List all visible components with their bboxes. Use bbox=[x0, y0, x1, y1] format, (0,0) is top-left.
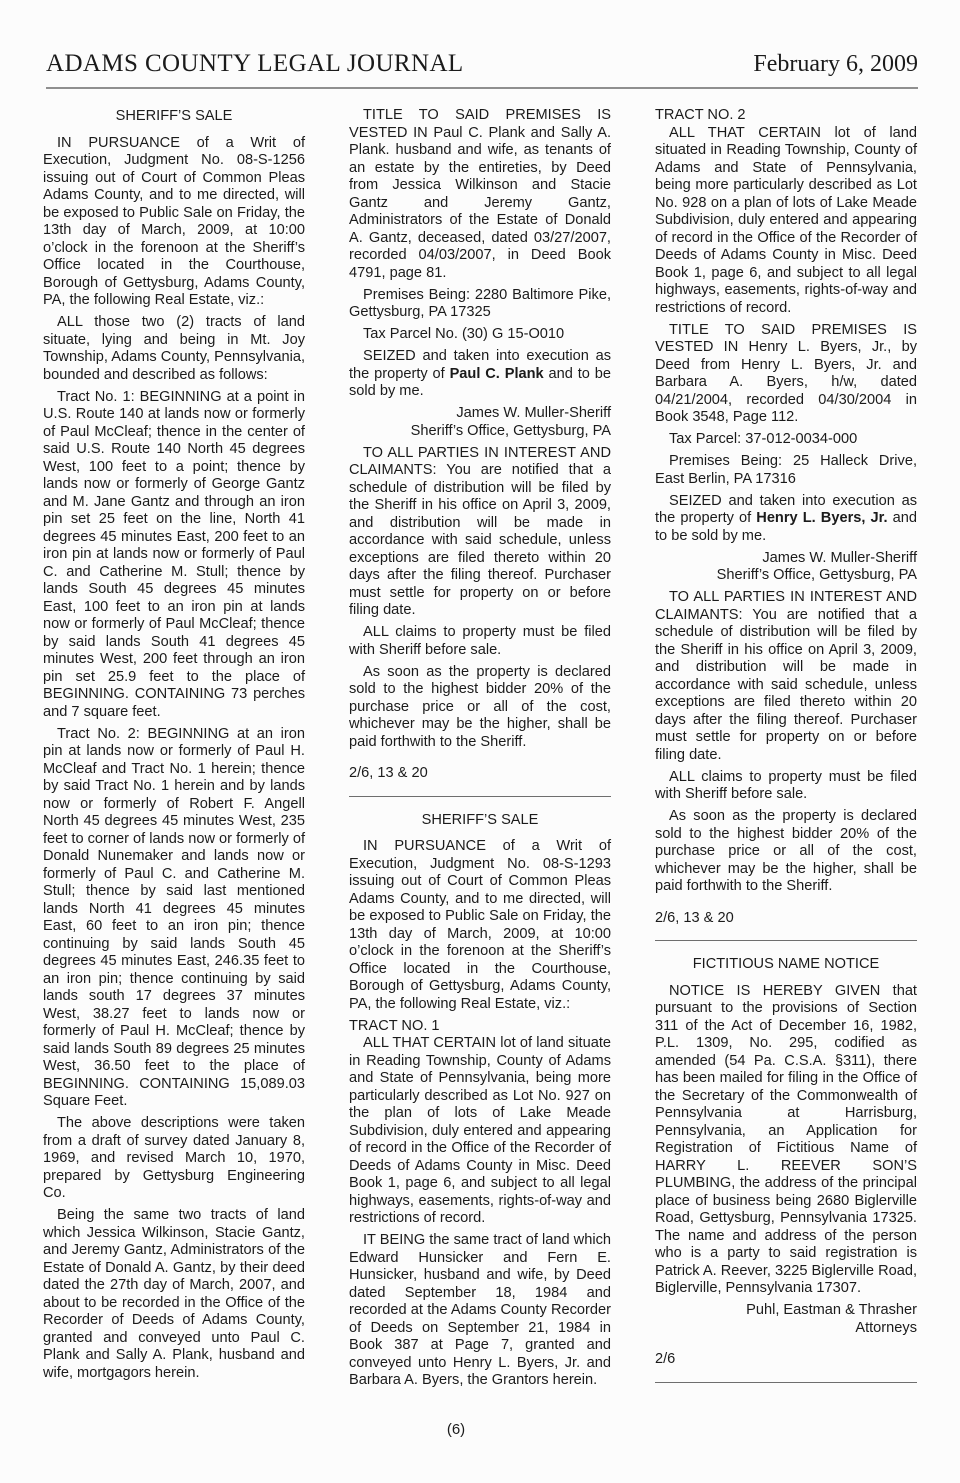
notice-paragraph: TITLE TO SAID PREMISES IS VESTED IN Paul… bbox=[349, 107, 611, 282]
notice-paragraph: As soon as the property is declared sold… bbox=[349, 664, 611, 752]
section-divider bbox=[655, 1382, 917, 1383]
publication-dates: 2/6, 13 & 20 bbox=[655, 910, 917, 928]
journal-page: ADAMS COUNTY LEGAL JOURNAL February 6, 2… bbox=[0, 0, 960, 1483]
notice-paragraph: TO ALL PARTIES IN INTEREST AND CLAIMANTS… bbox=[655, 589, 917, 764]
notice-paragraph: TO ALL PARTIES IN INTEREST AND CLAIMANTS… bbox=[349, 445, 611, 620]
section-divider bbox=[349, 796, 611, 797]
notice-paragraph: SEIZED and taken into execution as the p… bbox=[655, 493, 917, 546]
notice-paragraph: Premises Being: 25 Halleck Drive, East B… bbox=[655, 453, 917, 488]
notice-paragraph: Being the same two tracts of land which … bbox=[43, 1207, 305, 1382]
signature-block: Puhl, Eastman & ThrasherAttorneys bbox=[655, 1302, 917, 1337]
signature-line: James W. Muller-Sheriff bbox=[655, 550, 917, 568]
defendant-name: Henry L. Byers, Jr. bbox=[756, 510, 887, 526]
notice-paragraph: SEIZED and taken into execution as the p… bbox=[349, 348, 611, 401]
notice-paragraph: ALL claims to property must be filed wit… bbox=[349, 624, 611, 659]
notice-paragraph: Tax Parcel No. (30) G 15-O010 bbox=[349, 326, 611, 344]
publication-dates: 2/6 bbox=[655, 1351, 917, 1369]
column-2: TITLE TO SAID PREMISES IS VESTED IN Paul… bbox=[349, 107, 611, 1398]
notice-paragraph: ALL THAT CERTAIN lot of land situate in … bbox=[349, 1035, 611, 1228]
journal-title: ADAMS COUNTY LEGAL JOURNAL bbox=[46, 50, 464, 78]
notice-paragraph: Tax Parcel: 37-012-0034-000 bbox=[655, 431, 917, 449]
column-1: SHERIFF’S SALEIN PURSUANCE of a Writ of … bbox=[43, 107, 305, 1398]
signature-block: James W. Muller-SheriffSheriff’s Office,… bbox=[655, 550, 917, 585]
tract-heading: TRACT NO. 2 bbox=[655, 107, 917, 125]
page-number: (6) bbox=[0, 1421, 912, 1438]
notice-paragraph: TITLE TO SAID PREMISES IS VESTED IN Henr… bbox=[655, 322, 917, 427]
content-columns: SHERIFF’S SALEIN PURSUANCE of a Writ of … bbox=[43, 107, 918, 1398]
tract-heading: TRACT NO. 1 bbox=[349, 1018, 611, 1036]
section-divider bbox=[655, 940, 917, 941]
masthead: ADAMS COUNTY LEGAL JOURNAL February 6, 2… bbox=[46, 50, 918, 89]
notice-paragraph: Tract No. 2: BEGINNING at an iron pin at… bbox=[43, 726, 305, 1111]
notice-paragraph: IN PURSUANCE of a Writ of Execution, Jud… bbox=[43, 135, 305, 310]
publication-dates: 2/6, 13 & 20 bbox=[349, 765, 611, 783]
defendant-name: Paul C. Plank bbox=[450, 366, 544, 382]
notice-paragraph: ALL THAT CERTAIN lot of land situated in… bbox=[655, 125, 917, 318]
notice-paragraph: Premises Being: 2280 Baltimore Pike, Get… bbox=[349, 287, 611, 322]
notice-paragraph: ALL claims to property must be filed wit… bbox=[655, 769, 917, 804]
notice-paragraph: The above descriptions were taken from a… bbox=[43, 1115, 305, 1203]
column-3: TRACT NO. 2ALL THAT CERTAIN lot of land … bbox=[655, 107, 917, 1398]
issue-date: February 6, 2009 bbox=[753, 50, 918, 78]
notice-heading: FICTITIOUS NAME NOTICE bbox=[655, 956, 917, 974]
notice-heading: SHERIFF’S SALE bbox=[43, 108, 305, 126]
signature-line: Sheriff’s Office, Gettysburg, PA bbox=[349, 423, 611, 441]
notice-paragraph: Tract No. 1: BEGINNING at a point in U.S… bbox=[43, 389, 305, 722]
signature-line: Puhl, Eastman & Thrasher bbox=[655, 1302, 917, 1320]
signature-line: Attorneys bbox=[655, 1320, 917, 1338]
notice-heading: SHERIFF’S SALE bbox=[349, 812, 611, 830]
notice-paragraph: IT BEING the same tract of land which Ed… bbox=[349, 1232, 611, 1390]
signature-line: James W. Muller-Sheriff bbox=[349, 405, 611, 423]
notice-paragraph: ALL those two (2) tracts of land situate… bbox=[43, 314, 305, 384]
signature-line: Sheriff’s Office, Gettysburg, PA bbox=[655, 567, 917, 585]
signature-block: James W. Muller-SheriffSheriff’s Office,… bbox=[349, 405, 611, 440]
notice-paragraph: IN PURSUANCE of a Writ of Execution, Jud… bbox=[349, 838, 611, 1013]
notice-paragraph: As soon as the property is declared sold… bbox=[655, 808, 917, 896]
notice-paragraph: NOTICE IS HEREBY GIVEN that pursuant to … bbox=[655, 983, 917, 1298]
